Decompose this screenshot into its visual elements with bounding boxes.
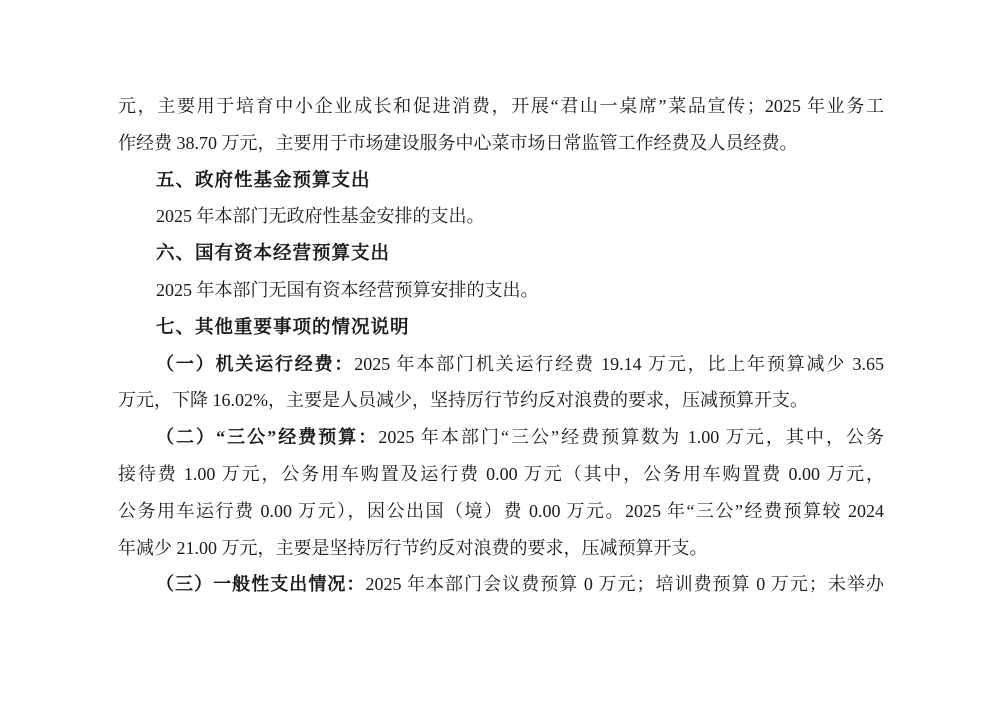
paragraph-text: 接待费 1.00 万元，公务用车购置及运行费 0.00 万元（其中，公务用车购置… <box>118 464 884 484</box>
paragraph-lead: （一）机关运行经费： <box>156 354 354 374</box>
paragraph-text: 2025 年本部门机关运行经费 19.14 万元，比上年预算减少 3.65 <box>354 354 884 374</box>
paragraph-text: 公务用车运行费 0.00 万元），因公出国（境）费 0.00 万元。2025 年… <box>118 501 884 521</box>
paragraph-text: 2025 年本部门会议费预算 0 万元；培训费预算 0 万元；未举办 <box>365 574 884 594</box>
heading-other-important-items: 七、其他重要事项的情况说明 <box>118 309 884 346</box>
paragraph-line: 接待费 1.00 万元，公务用车购置及运行费 0.00 万元（其中，公务用车购置… <box>118 456 884 493</box>
heading-text: 七、其他重要事项的情况说明 <box>156 316 410 337</box>
heading-text: 五、政府性基金预算支出 <box>156 169 371 190</box>
paragraph-line-general-expenditure: （三）一般性支出情况：2025 年本部门会议费预算 0 万元；培训费预算 0 万… <box>118 566 884 603</box>
paragraph-text: 万元，下降 16.02%，主要是人员减少，坚持厉行节约反对浪费的要求，压减预算开… <box>118 390 808 410</box>
heading-text: 六、国有资本经营预算支出 <box>156 242 390 263</box>
paragraph-line: 元，主要用于培育中小企业成长和促进消费，开展“君山一桌席”菜品宣传；2025 年… <box>118 88 884 125</box>
heading-government-fund-budget: 五、政府性基金预算支出 <box>118 162 884 199</box>
paragraph-text: 2025 年本部门无政府性基金安排的支出。 <box>156 206 485 226</box>
paragraph-lead: （二）“三公”经费预算： <box>156 427 378 447</box>
document-content: 元，主要用于培育中小企业成长和促进消费，开展“君山一桌席”菜品宣传；2025 年… <box>118 88 884 603</box>
paragraph-text: 2025 年本部门无国有资本经营预算安排的支出。 <box>156 280 539 300</box>
heading-state-capital-budget: 六、国有资本经营预算支出 <box>118 235 884 272</box>
paragraph-line: 公务用车运行费 0.00 万元），因公出国（境）费 0.00 万元。2025 年… <box>118 493 884 530</box>
paragraph-line: 2025 年本部门无政府性基金安排的支出。 <box>118 198 884 235</box>
paragraph-text: 年减少 21.00 万元，主要是坚持厉行节约反对浪费的要求，压减预算开支。 <box>118 538 708 558</box>
paragraph-line-three-public-budget: （二）“三公”经费预算：2025 年本部门“三公”经费预算数为 1.00 万元，… <box>118 419 884 456</box>
document-page: 元，主要用于培育中小企业成长和促进消费，开展“君山一桌席”菜品宣传；2025 年… <box>0 0 1000 706</box>
paragraph-text: 2025 年本部门“三公”经费预算数为 1.00 万元，其中，公务 <box>378 427 884 447</box>
paragraph-text: 元，主要用于培育中小企业成长和促进消费，开展“君山一桌席”菜品宣传；2025 年… <box>118 96 884 116</box>
paragraph-lead: （三）一般性支出情况： <box>156 574 365 594</box>
paragraph-line-agency-operating-costs: （一）机关运行经费：2025 年本部门机关运行经费 19.14 万元，比上年预算… <box>118 346 884 383</box>
paragraph-line: 2025 年本部门无国有资本经营预算安排的支出。 <box>118 272 884 309</box>
paragraph-line: 万元，下降 16.02%，主要是人员减少，坚持厉行节约反对浪费的要求，压减预算开… <box>118 382 884 419</box>
paragraph-text: 作经费 38.70 万元，主要用于市场建设服务中心菜市场日常监管工作经费及人员经… <box>118 133 798 153</box>
paragraph-line: 年减少 21.00 万元，主要是坚持厉行节约反对浪费的要求，压减预算开支。 <box>118 530 884 567</box>
paragraph-line: 作经费 38.70 万元，主要用于市场建设服务中心菜市场日常监管工作经费及人员经… <box>118 125 884 162</box>
